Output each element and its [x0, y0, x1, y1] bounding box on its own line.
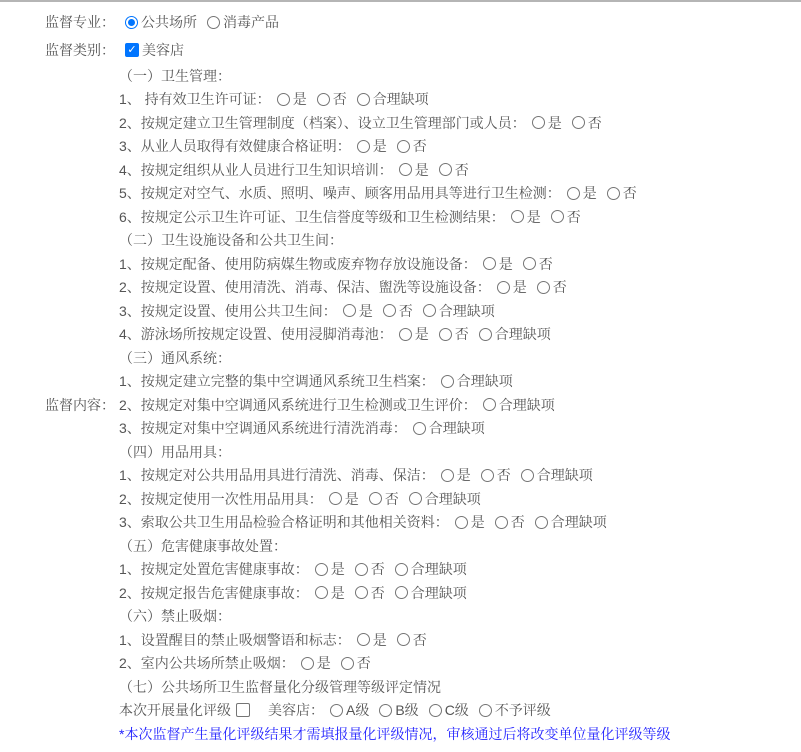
question-text: 4、游泳场所按规定设置、使用浸脚消毒池： — [119, 324, 393, 344]
question-text: 3、按规定设置、使用公共卫生间： — [119, 301, 337, 321]
radio-option[interactable]: 否 — [439, 324, 469, 344]
radio-option[interactable]: 是 — [329, 489, 359, 509]
radio-option[interactable]: 否 — [397, 136, 427, 156]
radio-option[interactable]: 否 — [355, 583, 385, 603]
radio-option[interactable]: 合理缺项 — [395, 583, 467, 603]
supervision-content-row: 监督内容： （一）卫生管理：1、 持有效卫生许可证：是否合理缺项2、按规定建立卫… — [0, 64, 801, 746]
health-inspection-form: 监督专业： 公共场所消毒产品 监督类别： 美容店 监督内容： （一）卫生管理：1… — [0, 0, 801, 752]
radio-icon — [479, 328, 492, 341]
radio-option-label: 是 — [415, 160, 429, 180]
radio-icon — [125, 16, 138, 29]
radio-icon — [532, 116, 545, 129]
radio-option[interactable]: 合理缺项 — [483, 395, 555, 415]
question-text: 2、按规定设置、使用清洗、消毒、保洁、盥洗等设施设备： — [119, 277, 491, 297]
radio-icon — [455, 516, 468, 529]
radio-option[interactable]: 合理缺项 — [521, 465, 593, 485]
radio-icon — [441, 469, 454, 482]
checkbox-option[interactable]: 美容店 — [125, 40, 184, 60]
section-header: （四）用品用具： — [119, 440, 670, 464]
radio-option-label: 否 — [623, 183, 637, 203]
radio-option-label: 是 — [331, 583, 345, 603]
radio-icon — [343, 304, 356, 317]
question-line: 2、按规定报告危害健康事故：是否合理缺项 — [119, 581, 670, 605]
question-line: 2、按规定使用一次性用品用具：是否合理缺项 — [119, 487, 670, 511]
question-line: 4、按规定组织从业人员进行卫生知识培训：是否 — [119, 158, 670, 182]
radio-icon — [483, 398, 496, 411]
radio-option[interactable]: 不予评级 — [479, 700, 551, 720]
radio-option[interactable]: 是 — [399, 324, 429, 344]
radio-icon — [439, 163, 452, 176]
radio-icon — [357, 633, 370, 646]
section-header-text: （三）通风系统： — [119, 348, 231, 368]
question-text: 2、按规定报告危害健康事故： — [119, 583, 309, 603]
radio-icon — [523, 257, 536, 270]
radio-icon — [607, 187, 620, 200]
radio-option-label: 是 — [583, 183, 597, 203]
radio-option-label: 否 — [588, 113, 602, 133]
radio-option[interactable]: 否 — [551, 207, 581, 227]
radio-option[interactable]: 合理缺项 — [441, 371, 513, 391]
radio-option[interactable]: 是 — [301, 653, 331, 673]
radio-option[interactable]: 是 — [483, 254, 513, 274]
radio-option[interactable]: 否 — [341, 653, 371, 673]
radio-option-label: 否 — [413, 136, 427, 156]
radio-option[interactable]: 是 — [455, 512, 485, 532]
radio-option-label: 是 — [471, 512, 485, 532]
question-text: 2、按规定建立卫生管理制度（档案）、设立卫生管理部门或人员： — [119, 113, 526, 133]
radio-icon — [399, 163, 412, 176]
radio-option-label: 否 — [371, 559, 385, 579]
radio-option-label: 合理缺项 — [551, 512, 607, 532]
radio-icon — [315, 586, 328, 599]
radio-option-label: 否 — [497, 465, 511, 485]
radio-icon — [341, 657, 354, 670]
radio-option-label: B级 — [395, 700, 418, 720]
radio-icon — [511, 210, 524, 223]
supervision-major-options: 公共场所消毒产品 — [115, 12, 279, 32]
supervision-category-options: 美容店 — [115, 40, 184, 61]
question-line: 3、从业人员取得有效健康合格证明：是否 — [119, 135, 670, 159]
question-line: 2、按规定设置、使用清洗、消毒、保洁、盥洗等设施设备：是否 — [119, 276, 670, 300]
radio-option[interactable]: A级 — [330, 700, 369, 720]
supervision-content-lines: （一）卫生管理：1、 持有效卫生许可证：是否合理缺项2、按规定建立卫生管理制度（… — [115, 64, 670, 746]
radio-icon — [429, 704, 442, 717]
question-text: 1、设置醒目的禁止吸烟警语和标志： — [119, 630, 351, 650]
question-text: 1、 持有效卫生许可证： — [119, 89, 271, 109]
radio-option[interactable]: 否 — [523, 254, 553, 274]
section-header: （五）危害健康事故处置： — [119, 534, 670, 558]
radio-option-label: 否 — [553, 277, 567, 297]
radio-icon — [355, 586, 368, 599]
radio-icon — [277, 93, 290, 106]
radio-icon — [315, 563, 328, 576]
radio-icon — [497, 281, 510, 294]
question-line: 1、 持有效卫生许可证：是否合理缺项 — [119, 88, 670, 112]
radio-option-label: 是 — [359, 301, 373, 321]
radio-icon — [521, 469, 534, 482]
radio-option[interactable]: 合理缺项 — [535, 512, 607, 532]
radio-option-label: 是 — [331, 559, 345, 579]
radio-option-label: 是 — [457, 465, 471, 485]
radio-option[interactable]: 是 — [277, 89, 307, 109]
radio-option[interactable]: 否 — [537, 277, 567, 297]
supervision-major-label: 监督专业： — [0, 12, 115, 32]
question-text: 1、按规定配备、使用防病媒生物或废弃物存放设施设备： — [119, 254, 477, 274]
question-line: 2、按规定建立卫生管理制度（档案）、设立卫生管理部门或人员：是否 — [119, 111, 670, 135]
question-text: 3、从业人员取得有效健康合格证明： — [119, 136, 351, 156]
radio-icon — [441, 375, 454, 388]
radio-option-label: 合理缺项 — [439, 301, 495, 321]
radio-option-label: A级 — [346, 700, 369, 720]
radio-option[interactable]: 合理缺项 — [409, 489, 481, 509]
radio-icon — [395, 586, 408, 599]
question-text: 3、按规定对集中空调通风系统进行清洗消毒： — [119, 418, 407, 438]
radio-icon — [397, 140, 410, 153]
radio-option[interactable]: 是 — [532, 113, 562, 133]
question-line: 1、按规定配备、使用防病媒生物或废弃物存放设施设备：是否 — [119, 252, 670, 276]
radio-icon — [397, 633, 410, 646]
section-header: （六）禁止吸烟： — [119, 605, 670, 629]
radio-option-label: 否 — [455, 324, 469, 344]
radio-icon — [329, 492, 342, 505]
radio-option[interactable]: 合理缺项 — [423, 301, 495, 321]
radio-option[interactable]: 是 — [315, 583, 345, 603]
question-line: 1、按规定处置危害健康事故：是否合理缺项 — [119, 558, 670, 582]
radio-option-label: 否 — [539, 254, 553, 274]
radio-option-label: 否 — [511, 512, 525, 532]
radio-option[interactable]: 是 — [567, 183, 597, 203]
supervision-category-label: 监督类别： — [0, 40, 115, 60]
question-line: 3、索取公共卫生用品检验合格证明和其他相关资料：是否合理缺项 — [119, 511, 670, 535]
radio-option-label: 合理缺项 — [457, 371, 513, 391]
radio-icon — [551, 210, 564, 223]
checkbox-icon — [125, 43, 139, 57]
radio-icon — [439, 328, 452, 341]
radio-option[interactable]: 是 — [399, 160, 429, 180]
radio-option[interactable]: 否 — [397, 630, 427, 650]
radio-icon — [535, 516, 548, 529]
radio-option-label: 否 — [399, 301, 413, 321]
radio-option-label: 是 — [293, 89, 307, 109]
radio-option[interactable]: 合理缺项 — [357, 89, 429, 109]
radio-option[interactable]: 合理缺项 — [395, 559, 467, 579]
radio-option[interactable]: 是 — [441, 465, 471, 485]
question-text: 2、按规定使用一次性用品用具： — [119, 489, 323, 509]
radio-icon — [409, 492, 422, 505]
radio-icon — [567, 187, 580, 200]
radio-option[interactable]: 否 — [481, 465, 511, 485]
radio-icon — [301, 657, 314, 670]
section-header-text: （六）禁止吸烟： — [119, 606, 231, 626]
radio-icon — [330, 704, 343, 717]
radio-option-label: 是 — [373, 136, 387, 156]
radio-option-label: 否 — [455, 160, 469, 180]
radio-option[interactable]: 消毒产品 — [207, 12, 279, 32]
radio-option[interactable]: 公共场所 — [125, 12, 197, 32]
radio-option-label: 是 — [415, 324, 429, 344]
quant-shop-label: 美容店： — [268, 700, 324, 720]
radio-option[interactable]: 合理缺项 — [479, 324, 551, 344]
question-text: 1、按规定对公共用品用具进行清洗、消毒、保洁： — [119, 465, 435, 485]
section-header-text: （四）用品用具： — [119, 442, 231, 462]
radio-option-label: 是 — [317, 653, 331, 673]
radio-option-label: 合理缺项 — [411, 583, 467, 603]
section-header: （三）通风系统： — [119, 346, 670, 370]
question-line: 1、按规定建立完整的集中空调通风系统卫生档案：合理缺项 — [119, 370, 670, 394]
question-line: 2、室内公共场所禁止吸烟：是否 — [119, 652, 670, 676]
radio-option[interactable]: 合理缺项 — [413, 418, 485, 438]
radio-option[interactable]: 否 — [317, 89, 347, 109]
section-header: （七）公共场所卫生监督量化分级管理等级评定情况 — [119, 675, 670, 699]
question-line: 2、按规定对集中空调通风系统进行卫生检测或卫生评价：合理缺项 — [119, 393, 670, 417]
radio-icon — [479, 704, 492, 717]
radio-icon — [357, 140, 370, 153]
radio-option[interactable]: 否 — [355, 559, 385, 579]
radio-option[interactable]: 是 — [357, 136, 387, 156]
radio-icon — [495, 516, 508, 529]
radio-icon — [413, 422, 426, 435]
radio-option-label: 是 — [513, 277, 527, 297]
section-header-text: （一）卫生管理： — [119, 66, 231, 86]
radio-option[interactable]: 是 — [497, 277, 527, 297]
question-text: 5、按规定对空气、水质、照明、噪声、顾客用品用具等进行卫生检测： — [119, 183, 561, 203]
question-text: 6、按规定公示卫生许可证、卫生信誉度等级和卫生检测结果： — [119, 207, 505, 227]
radio-icon — [355, 563, 368, 576]
radio-option[interactable]: 否 — [383, 301, 413, 321]
radio-option-label: 否 — [567, 207, 581, 227]
radio-icon — [207, 16, 220, 29]
question-line: 6、按规定公示卫生许可证、卫生信誉度等级和卫生检测结果：是否 — [119, 205, 670, 229]
radio-icon — [383, 304, 396, 317]
question-text: 4、按规定组织从业人员进行卫生知识培训： — [119, 160, 393, 180]
radio-icon — [395, 563, 408, 576]
radio-option-label: 是 — [527, 207, 541, 227]
radio-option[interactable]: 否 — [572, 113, 602, 133]
section-header-text: （五）危害健康事故处置： — [119, 536, 287, 556]
radio-option[interactable]: 否 — [495, 512, 525, 532]
question-text: 3、索取公共卫生用品检验合格证明和其他相关资料： — [119, 512, 449, 532]
question-text: 1、按规定建立完整的集中空调通风系统卫生档案： — [119, 371, 435, 391]
radio-option-label: 是 — [373, 630, 387, 650]
radio-option-label: 合理缺项 — [499, 395, 555, 415]
radio-option[interactable]: B级 — [379, 700, 418, 720]
radio-icon — [357, 93, 370, 106]
radio-option-label: 不予评级 — [495, 700, 551, 720]
section-header-text: （二）卫生设施设备和公共卫生间： — [119, 230, 343, 250]
section-header-text: （七）公共场所卫生监督量化分级管理等级评定情况 — [119, 677, 441, 697]
radio-option-label: 否 — [413, 630, 427, 650]
radio-option-label: 合理缺项 — [429, 418, 485, 438]
question-text: 2、按规定对集中空调通风系统进行卫生检测或卫生评价： — [119, 395, 477, 415]
checkbox-icon — [236, 703, 250, 717]
radio-option-label: 公共场所 — [141, 12, 197, 32]
radio-icon — [423, 304, 436, 317]
radio-icon — [537, 281, 550, 294]
question-line: 3、按规定对集中空调通风系统进行清洗消毒：合理缺项 — [119, 417, 670, 441]
radio-option[interactable]: 否 — [439, 160, 469, 180]
checkbox-option-label: 美容店 — [142, 40, 184, 60]
question-line: 1、按规定对公共用品用具进行清洗、消毒、保洁：是否合理缺项 — [119, 464, 670, 488]
radio-option-label: 否 — [371, 583, 385, 603]
radio-option-label: 合理缺项 — [537, 465, 593, 485]
section-header: （一）卫生管理： — [119, 64, 670, 88]
radio-option-label: 合理缺项 — [425, 489, 481, 509]
radio-option[interactable]: 否 — [369, 489, 399, 509]
radio-option[interactable]: 是 — [343, 301, 373, 321]
radio-icon — [317, 93, 330, 106]
radio-option[interactable]: 是 — [315, 559, 345, 579]
radio-option-label: 是 — [548, 113, 562, 133]
radio-option-label: 合理缺项 — [411, 559, 467, 579]
radio-icon — [481, 469, 494, 482]
radio-option-label: 合理缺项 — [495, 324, 551, 344]
supervision-category-row: 监督类别： 美容店 — [0, 36, 801, 64]
radio-option-label: 否 — [333, 89, 347, 109]
quant-rating-prefix: 本次开展量化评级 — [119, 700, 231, 720]
radio-option-label: 是 — [499, 254, 513, 274]
radio-option[interactable]: 否 — [607, 183, 637, 203]
question-text: 1、按规定处置危害健康事故： — [119, 559, 309, 579]
radio-option-label: 否 — [385, 489, 399, 509]
radio-icon — [572, 116, 585, 129]
note-line: *本次监督产生量化评级结果才需填报量化评级情况，审核通过后将改变单位量化评级等级 — [119, 722, 670, 746]
radio-option-label: 是 — [345, 489, 359, 509]
radio-option-label: 合理缺项 — [373, 89, 429, 109]
question-line: 3、按规定设置、使用公共卫生间：是否合理缺项 — [119, 299, 670, 323]
question-line: 4、游泳场所按规定设置、使用浸脚消毒池：是否合理缺项 — [119, 323, 670, 347]
radio-icon — [369, 492, 382, 505]
radio-option[interactable]: C级 — [429, 700, 469, 720]
quant-rating-line: 本次开展量化评级美容店：A级B级C级不予评级 — [119, 699, 670, 723]
radio-option[interactable]: 是 — [357, 630, 387, 650]
radio-option[interactable]: 是 — [511, 207, 541, 227]
supervision-content-label: 监督内容： — [0, 395, 115, 415]
radio-icon — [399, 328, 412, 341]
radio-option-label: 消毒产品 — [223, 12, 279, 32]
question-line: 5、按规定对空气、水质、照明、噪声、顾客用品用具等进行卫生检测：是否 — [119, 182, 670, 206]
section-header: （二）卫生设施设备和公共卫生间： — [119, 229, 670, 253]
radio-option-label: C级 — [445, 700, 469, 720]
question-line: 1、设置醒目的禁止吸烟警语和标志：是否 — [119, 628, 670, 652]
note-text: *本次监督产生量化评级结果才需填报量化评级情况，审核通过后将改变单位量化评级等级 — [119, 724, 670, 744]
quant-rating-checkbox[interactable] — [236, 703, 250, 717]
question-text: 2、室内公共场所禁止吸烟： — [119, 653, 295, 673]
radio-icon — [483, 257, 496, 270]
radio-icon — [379, 704, 392, 717]
radio-option-label: 否 — [357, 653, 371, 673]
supervision-major-row: 监督专业： 公共场所消毒产品 — [0, 8, 801, 36]
